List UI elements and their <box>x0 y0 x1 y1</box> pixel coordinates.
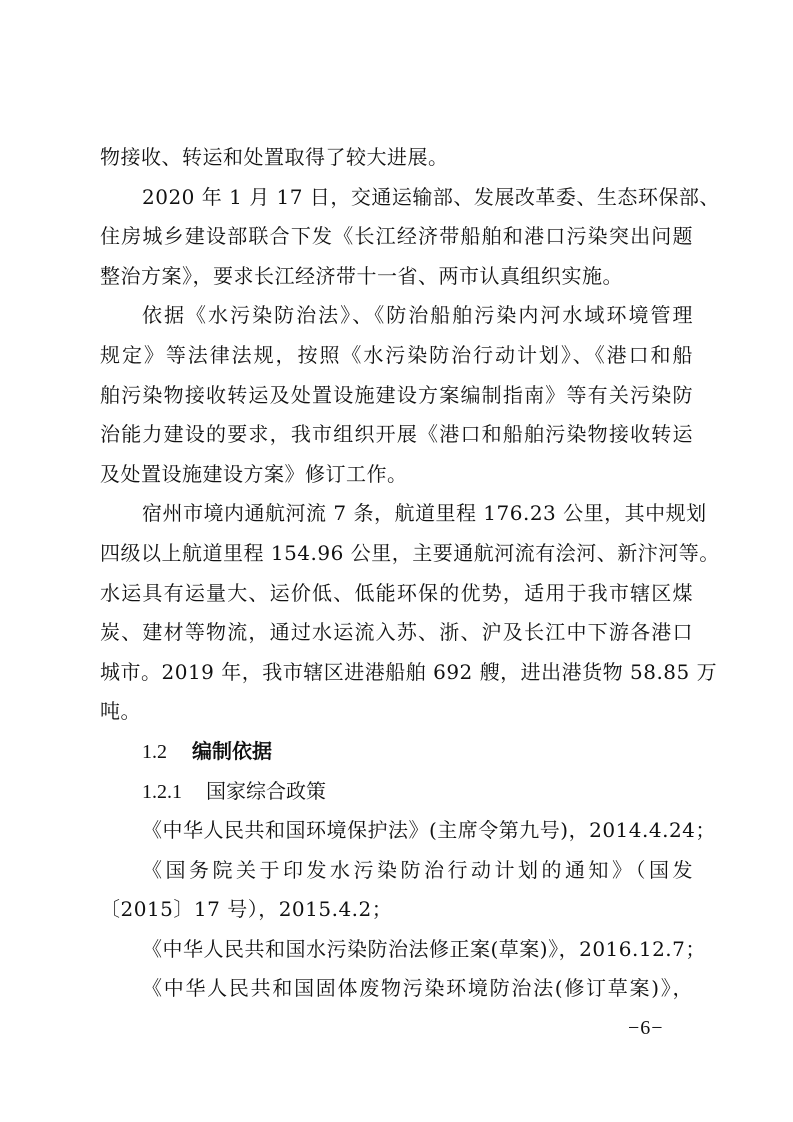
paragraph-line: 依据《水污染防治法》、《防治船舶污染内河水域环境管理 <box>100 296 693 336</box>
paragraph-line: 宿州市境内通航河流 7 条，航道里程 176.23 公里，其中规划 <box>100 494 693 534</box>
policy-line: 《中华人民共和国固体废物污染环境防治法(修订草案)》， <box>100 969 693 1009</box>
paragraph-line: 炭、建材等物流，通过水运流入苏、浙、沪及长江中下游各港口 <box>100 613 693 653</box>
subsection-heading: 1.2.1国家综合政策 <box>100 772 693 812</box>
policy-line: 〔2015〕17 号），2015.4.2； <box>100 890 693 930</box>
section-heading: 1.2编制依据 <box>100 732 693 772</box>
paragraph-line: 住房城乡建设部联合下发《长江经济带船舶和港口污染突出问题 <box>100 217 693 257</box>
section-title: 编制依据 <box>192 739 272 763</box>
paragraph-line: 四级以上航道里程 154.96 公里，主要通航河流有浍河、新汴河等。 <box>100 534 693 574</box>
paragraph-line: 水运具有运量大、运价低、低能环保的优势，适用于我市辖区煤 <box>100 574 693 614</box>
paragraph-line: 城市。2019 年，我市辖区进港船舶 692 艘，进出港货物 58.85 万 <box>100 653 693 693</box>
paragraph-line: 吨。 <box>100 692 693 732</box>
paragraph-line: 物接收、转运和处置取得了较大进展。 <box>100 138 693 178</box>
document-body: 物接收、转运和处置取得了较大进展。 2020 年 1 月 17 日，交通运输部、… <box>100 138 693 1009</box>
subsection-title: 国家综合政策 <box>206 779 326 803</box>
section-number: 1.2 <box>142 733 192 773</box>
paragraph-line: 2020 年 1 月 17 日，交通运输部、发展改革委、生态环保部、 <box>100 178 693 218</box>
paragraph-line: 治能力建设的要求，我市组织开展《港口和船舶污染物接收转运 <box>100 415 693 455</box>
paragraph-line: 舶污染物接收转运及处置设施建设方案编制指南》等有关污染防 <box>100 376 693 416</box>
subsection-number: 1.2.1 <box>142 773 206 813</box>
policy-line: 《中华人民共和国环境保护法》(主席令第九号)，2014.4.24； <box>100 811 693 851</box>
policy-line: 《国务院关于印发水污染防治行动计划的通知》（国发 <box>100 851 693 891</box>
policy-line: 《中华人民共和国水污染防治法修正案(草案)》，2016.12.7； <box>100 930 693 970</box>
paragraph-line: 规定》等法律法规，按照《水污染防治行动计划》、《港口和船 <box>100 336 693 376</box>
paragraph-line: 整治方案》，要求长江经济带十一省、两市认真组织实施。 <box>100 257 693 297</box>
page-number: −6− <box>628 1016 664 1040</box>
paragraph-line: 及处置设施建设方案》修订工作。 <box>100 455 693 495</box>
